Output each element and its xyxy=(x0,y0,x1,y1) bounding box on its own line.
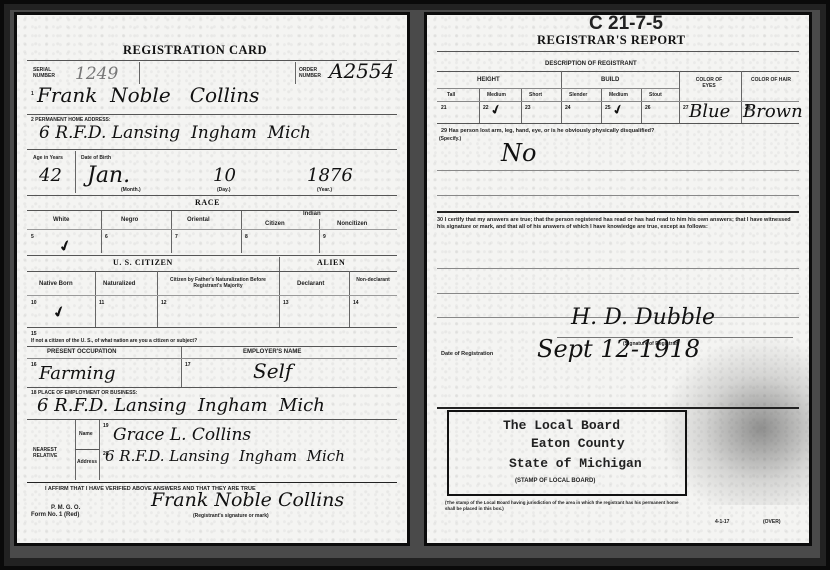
divider xyxy=(437,51,799,52)
white-checkmark-icon: ✔ xyxy=(56,235,74,256)
field-number-11: 11 xyxy=(99,300,104,306)
field-number-5: 5 xyxy=(31,234,34,240)
divider xyxy=(437,71,799,72)
divider xyxy=(27,346,397,347)
divider xyxy=(741,71,742,123)
citizen-col-naturalized: Naturalized xyxy=(103,281,135,287)
divider xyxy=(27,114,397,115)
divider xyxy=(521,89,522,123)
nr-name-label: Name xyxy=(79,431,93,437)
divider xyxy=(95,271,96,327)
field-number-19: 19 xyxy=(103,423,109,429)
field-number-15: 15 xyxy=(31,331,37,337)
report-title: REGISTRAR'S REPORT xyxy=(537,33,686,48)
dob-year: 1876 xyxy=(307,165,353,186)
divider xyxy=(437,211,799,213)
q15-text: If not a citizen of the U. S., of what n… xyxy=(31,338,197,344)
divider xyxy=(171,211,172,253)
employer-value: Self xyxy=(253,359,292,383)
divider xyxy=(601,89,602,123)
divider xyxy=(27,387,397,388)
build-col-medium: Medium xyxy=(609,92,628,98)
registrant-signature: Frank Noble Collins xyxy=(151,489,344,511)
race-col-negro: Negro xyxy=(121,217,138,223)
divider xyxy=(101,211,102,253)
divider xyxy=(319,219,320,253)
field-number-21: 21 xyxy=(441,105,447,111)
race-heading: RACE xyxy=(195,198,220,207)
field-number-26: 26 xyxy=(645,105,651,111)
place-of-employment: 6 R.F.D. Lansing Ingham Mich xyxy=(37,395,325,416)
registrars-report-back: C 21-7-5 REGISTRAR'S REPORT DESCRIPTION … xyxy=(424,12,812,546)
dob-month: Jan. xyxy=(87,163,130,188)
divider xyxy=(437,195,799,196)
divider xyxy=(27,149,397,150)
field-number-8: 8 xyxy=(245,234,248,240)
divider xyxy=(27,327,397,328)
eye-color-value: Blue xyxy=(689,101,730,122)
form-id-1: P. M. G. O. xyxy=(51,505,80,511)
stamp-line-1: The Local Board xyxy=(503,418,620,433)
us-citizen-heading: U. S. CITIZEN xyxy=(113,258,173,267)
q29-text: 29 Has person lost arm, leg, hand, eye, … xyxy=(441,128,654,134)
date-of-registration-label: Date of Registration xyxy=(441,351,493,357)
height-heading: HEIGHT xyxy=(477,77,500,83)
race-col-citizen: Citizen xyxy=(265,221,285,227)
nearest-relative-name: Grace L. Collins xyxy=(113,425,251,445)
serial-label: SERIAL NUMBER xyxy=(33,67,63,79)
height-medium-checkmark-icon: ✔ xyxy=(489,102,504,120)
dob-label: Date of Birth xyxy=(81,155,111,161)
field-number-13: 13 xyxy=(283,300,289,306)
divider xyxy=(241,211,242,253)
registration-card-front: REGISTRATION CARD SERIAL NUMBER 1249 ORD… xyxy=(14,12,410,546)
divider xyxy=(349,271,350,327)
local-board-stamp-box: The Local Board Eaton County State of Mi… xyxy=(447,410,687,496)
divider xyxy=(561,71,562,123)
divider xyxy=(75,151,76,193)
race-indian-label: Indian xyxy=(303,211,321,217)
divider xyxy=(27,358,397,359)
divider xyxy=(75,420,76,480)
field-number-22: 22 xyxy=(483,105,489,111)
divider xyxy=(157,271,158,327)
field-number-16: 16 xyxy=(31,362,37,368)
registrar-signature: H. D. Dubble xyxy=(571,305,715,330)
order-number: A2554 xyxy=(329,59,394,83)
divider xyxy=(27,271,397,272)
field-number-25: 25 xyxy=(605,105,611,111)
divider xyxy=(99,420,100,480)
divider xyxy=(437,88,679,89)
description-heading: DESCRIPTION OF REGISTRANT xyxy=(545,61,637,67)
divider xyxy=(27,229,397,230)
race-col-noncitizen: Noncitizen xyxy=(337,221,367,227)
footer-code: 4-1-17 xyxy=(715,519,729,525)
citizen-col-fathers: Citizen by Father's Naturalization Befor… xyxy=(163,277,273,289)
race-col-oriental: Oriental xyxy=(187,217,210,223)
height-col-medium: Medium xyxy=(487,92,506,98)
nr-address-label: Address xyxy=(77,459,97,465)
field-number-7: 7 xyxy=(175,234,178,240)
build-col-slender: Slender xyxy=(569,92,587,98)
dob-sub-month: (Month.) xyxy=(121,187,141,193)
citizen-col-declarant: Declarant xyxy=(297,281,324,287)
alien-heading: ALIEN xyxy=(317,258,345,267)
hair-color-value: Brown xyxy=(743,101,803,122)
hair-heading: COLOR OF HAIR xyxy=(751,77,791,83)
occupation-value: Farming xyxy=(39,363,116,384)
divider xyxy=(437,170,799,171)
dob-day: 10 xyxy=(213,165,236,186)
divider xyxy=(295,62,296,84)
divider xyxy=(139,62,140,84)
divider xyxy=(437,407,799,409)
order-label: ORDER NUMBER xyxy=(299,67,323,79)
field-number-1: 1 xyxy=(31,91,34,97)
race-col-white: White xyxy=(53,217,69,223)
dob-sub-day: (Day.) xyxy=(217,187,231,193)
field-number-23: 23 xyxy=(525,105,531,111)
nearest-relative-label: NEAREST RELATIVE xyxy=(33,447,73,459)
field-number-14: 14 xyxy=(353,300,359,306)
divider xyxy=(27,210,397,211)
field-number-17: 17 xyxy=(185,362,191,368)
field-number-27: 27 xyxy=(683,105,689,111)
divider xyxy=(27,482,397,483)
card-title: REGISTRATION CARD xyxy=(123,43,267,58)
divider xyxy=(437,268,799,269)
stamp-caption: (STAMP OF LOCAL BOARD) xyxy=(515,478,595,484)
registrant-name: Frank Noble Collins xyxy=(37,83,259,107)
field-number-9: 9 xyxy=(323,234,326,240)
build-col-stout: Stout xyxy=(649,92,662,98)
stamp-line-3: State of Michigan xyxy=(509,456,642,471)
age-label: Age in Years xyxy=(33,155,63,161)
divider xyxy=(279,257,280,327)
divider xyxy=(181,347,182,387)
divider xyxy=(75,449,99,450)
height-col-tall: Tall xyxy=(447,92,455,98)
divider xyxy=(641,89,642,123)
signature-label: (Registrant's signature or mark) xyxy=(193,513,269,519)
footer-over: (OVER) xyxy=(763,519,781,525)
divider xyxy=(27,295,397,296)
divider xyxy=(27,255,397,256)
citizen-col-native: Native Born xyxy=(39,281,73,287)
divider xyxy=(27,195,397,196)
field-number-10: 10 xyxy=(31,300,37,306)
serial-number: 1249 xyxy=(75,64,118,84)
native-born-checkmark-icon: ✔ xyxy=(50,301,68,322)
divider xyxy=(437,123,799,124)
eyes-heading: COLOR OF EYES xyxy=(689,77,729,89)
q29-specify: (Specify.) xyxy=(439,136,461,142)
home-address: 6 R.F.D. Lansing Ingham Mich xyxy=(39,123,311,143)
divider xyxy=(437,293,799,294)
stamp-line-2: Eaton County xyxy=(531,436,625,451)
form-id-2: Form No. 1 (Red) xyxy=(31,512,79,518)
q29-answer: No xyxy=(501,139,536,167)
employer-heading: EMPLOYER'S NAME xyxy=(243,349,301,355)
dob-sub-year: (Year.) xyxy=(317,187,332,193)
stamp-code: C 21-7-5 xyxy=(589,13,663,35)
citizen-col-nondeclarant: Non-declarant xyxy=(353,277,393,283)
q30-certification: 30 I certify that my answers are true; t… xyxy=(437,217,799,230)
field-number-6: 6 xyxy=(105,234,108,240)
field-number-24: 24 xyxy=(565,105,571,111)
age-value: 42 xyxy=(39,165,62,186)
build-medium-checkmark-icon: ✔ xyxy=(611,102,626,120)
field-number-12: 12 xyxy=(161,300,167,306)
stamp-footnote: (The stamp of the Local Board having jur… xyxy=(445,500,685,511)
divider xyxy=(679,71,680,123)
date-of-registration: Sept 12-1918 xyxy=(537,335,700,363)
height-col-short: Short xyxy=(529,92,542,98)
nearest-relative-address: 6 R.F.D. Lansing Ingham Mich xyxy=(105,447,345,465)
occupation-heading: PRESENT OCCUPATION xyxy=(47,349,116,355)
divider xyxy=(479,89,480,123)
build-heading: BUILD xyxy=(601,77,619,83)
divider xyxy=(27,419,397,420)
